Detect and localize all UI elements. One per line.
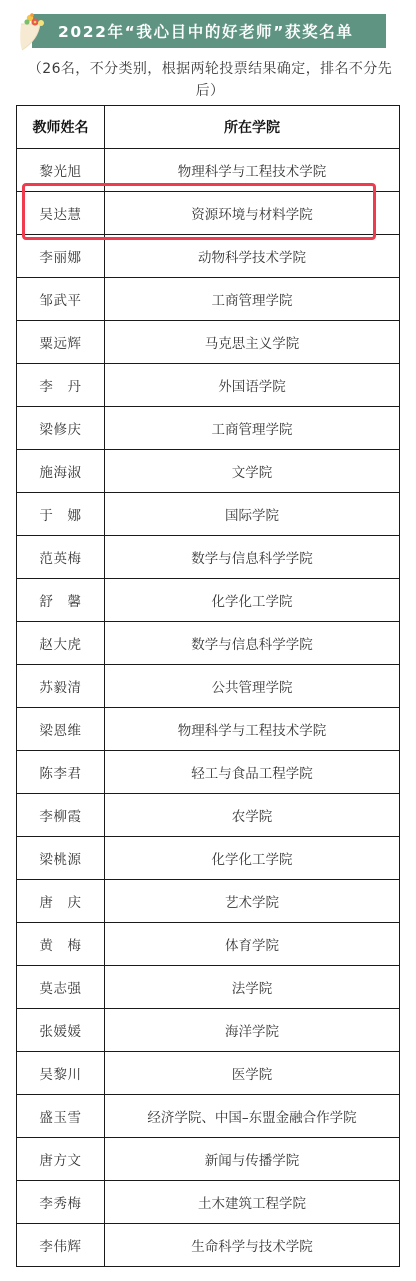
table-row: 黄 梅体育学院 xyxy=(17,923,400,966)
table-row: 梁修庆工商管理学院 xyxy=(17,407,400,450)
table-row: 赵大虎数学与信息科学学院 xyxy=(17,622,400,665)
teacher-name-cell: 吴黎川 xyxy=(17,1052,105,1095)
school-cell: 医学院 xyxy=(105,1052,400,1095)
table-row: 范英梅数学与信息科学学院 xyxy=(17,536,400,579)
table-row: 于 娜国际学院 xyxy=(17,493,400,536)
school-cell: 资源环境与材料学院 xyxy=(105,192,400,235)
table-row: 梁桃源化学化工学院 xyxy=(17,837,400,880)
school-cell: 化学化工学院 xyxy=(105,579,400,622)
teacher-name-cell: 于 娜 xyxy=(17,493,105,536)
school-cell: 生命科学与技术学院 xyxy=(105,1224,400,1267)
table-row: 李伟辉生命科学与技术学院 xyxy=(17,1224,400,1267)
school-cell: 公共管理学院 xyxy=(105,665,400,708)
table-row: 李柳霞农学院 xyxy=(17,794,400,837)
column-header-name: 教师姓名 xyxy=(17,106,105,149)
teacher-name-cell: 莫志强 xyxy=(17,966,105,1009)
teacher-name-cell: 范英梅 xyxy=(17,536,105,579)
bouquet-icon xyxy=(18,12,50,52)
teacher-name-cell: 盛玉雪 xyxy=(17,1095,105,1138)
school-cell: 数学与信息科学学院 xyxy=(105,622,400,665)
subtitle: （26名，不分类别，根据两轮投票结果确定，排名不分先后） xyxy=(22,58,398,102)
teacher-name-cell: 李 丹 xyxy=(17,364,105,407)
school-cell: 物理科学与工程技术学院 xyxy=(105,149,400,192)
school-cell: 工商管理学院 xyxy=(105,407,400,450)
teacher-name-cell: 舒 馨 xyxy=(17,579,105,622)
school-cell: 物理科学与工程技术学院 xyxy=(105,708,400,751)
table-row: 唐 庆艺术学院 xyxy=(17,880,400,923)
teacher-award-table: 教师姓名 所在学院 黎光旭物理科学与工程技术学院吴达慧资源环境与材料学院李丽娜动… xyxy=(16,105,400,1267)
school-cell: 体育学院 xyxy=(105,923,400,966)
teacher-name-cell: 邹武平 xyxy=(17,278,105,321)
table-row: 陈李君轻工与食品工程学院 xyxy=(17,751,400,794)
school-cell: 艺术学院 xyxy=(105,880,400,923)
table-header-row: 教师姓名 所在学院 xyxy=(17,106,400,149)
teacher-name-cell: 苏毅清 xyxy=(17,665,105,708)
table-row: 李秀梅土木建筑工程学院 xyxy=(17,1181,400,1224)
teacher-name-cell: 吴达慧 xyxy=(17,192,105,235)
teacher-name-cell: 李秀梅 xyxy=(17,1181,105,1224)
school-cell: 新闻与传播学院 xyxy=(105,1138,400,1181)
table-row: 吴黎川医学院 xyxy=(17,1052,400,1095)
table-row: 苏毅清公共管理学院 xyxy=(17,665,400,708)
table-row: 莫志强法学院 xyxy=(17,966,400,1009)
school-cell: 工商管理学院 xyxy=(105,278,400,321)
teacher-name-cell: 李丽娜 xyxy=(17,235,105,278)
teacher-name-cell: 黎光旭 xyxy=(17,149,105,192)
school-cell: 数学与信息科学学院 xyxy=(105,536,400,579)
school-cell: 轻工与食品工程学院 xyxy=(105,751,400,794)
table-row: 李 丹外国语学院 xyxy=(17,364,400,407)
teacher-name-cell: 赵大虎 xyxy=(17,622,105,665)
school-cell: 海洋学院 xyxy=(105,1009,400,1052)
school-cell: 文学院 xyxy=(105,450,400,493)
table-row: 张媛媛海洋学院 xyxy=(17,1009,400,1052)
teacher-name-cell: 唐 庆 xyxy=(17,880,105,923)
teacher-name-cell: 粟远辉 xyxy=(17,321,105,364)
title-text: 2022年“我心目中的好老师”获奖名单 xyxy=(58,20,353,42)
table-row: 邹武平工商管理学院 xyxy=(17,278,400,321)
teacher-name-cell: 梁恩维 xyxy=(17,708,105,751)
table-body: 黎光旭物理科学与工程技术学院吴达慧资源环境与材料学院李丽娜动物科学技术学院邹武平… xyxy=(17,149,400,1267)
column-header-school: 所在学院 xyxy=(105,106,400,149)
school-cell: 马克思主义学院 xyxy=(105,321,400,364)
teacher-name-cell: 陈李君 xyxy=(17,751,105,794)
teacher-name-cell: 施海淑 xyxy=(17,450,105,493)
school-cell: 法学院 xyxy=(105,966,400,1009)
school-cell: 外国语学院 xyxy=(105,364,400,407)
table-row: 黎光旭物理科学与工程技术学院 xyxy=(17,149,400,192)
table-row: 舒 馨化学化工学院 xyxy=(17,579,400,622)
table-row: 施海淑文学院 xyxy=(17,450,400,493)
table-row: 唐方文新闻与传播学院 xyxy=(17,1138,400,1181)
school-cell: 化学化工学院 xyxy=(105,837,400,880)
teacher-name-cell: 李伟辉 xyxy=(17,1224,105,1267)
school-cell: 土木建筑工程学院 xyxy=(105,1181,400,1224)
teacher-name-cell: 张媛媛 xyxy=(17,1009,105,1052)
table-row: 李丽娜动物科学技术学院 xyxy=(17,235,400,278)
table-row: 盛玉雪经济学院、中国–东盟金融合作学院 xyxy=(17,1095,400,1138)
teacher-name-cell: 梁修庆 xyxy=(17,407,105,450)
teacher-name-cell: 李柳霞 xyxy=(17,794,105,837)
teacher-name-cell: 黄 梅 xyxy=(17,923,105,966)
school-cell: 国际学院 xyxy=(105,493,400,536)
title-banner: 2022年“我心目中的好老师”获奖名单 xyxy=(32,14,386,48)
table-row: 粟远辉马克思主义学院 xyxy=(17,321,400,364)
school-cell: 农学院 xyxy=(105,794,400,837)
table-row: 梁恩维物理科学与工程技术学院 xyxy=(17,708,400,751)
table-row: 吴达慧资源环境与材料学院 xyxy=(17,192,400,235)
teacher-name-cell: 梁桃源 xyxy=(17,837,105,880)
school-cell: 经济学院、中国–东盟金融合作学院 xyxy=(105,1095,400,1138)
teacher-name-cell: 唐方文 xyxy=(17,1138,105,1181)
school-cell: 动物科学技术学院 xyxy=(105,235,400,278)
